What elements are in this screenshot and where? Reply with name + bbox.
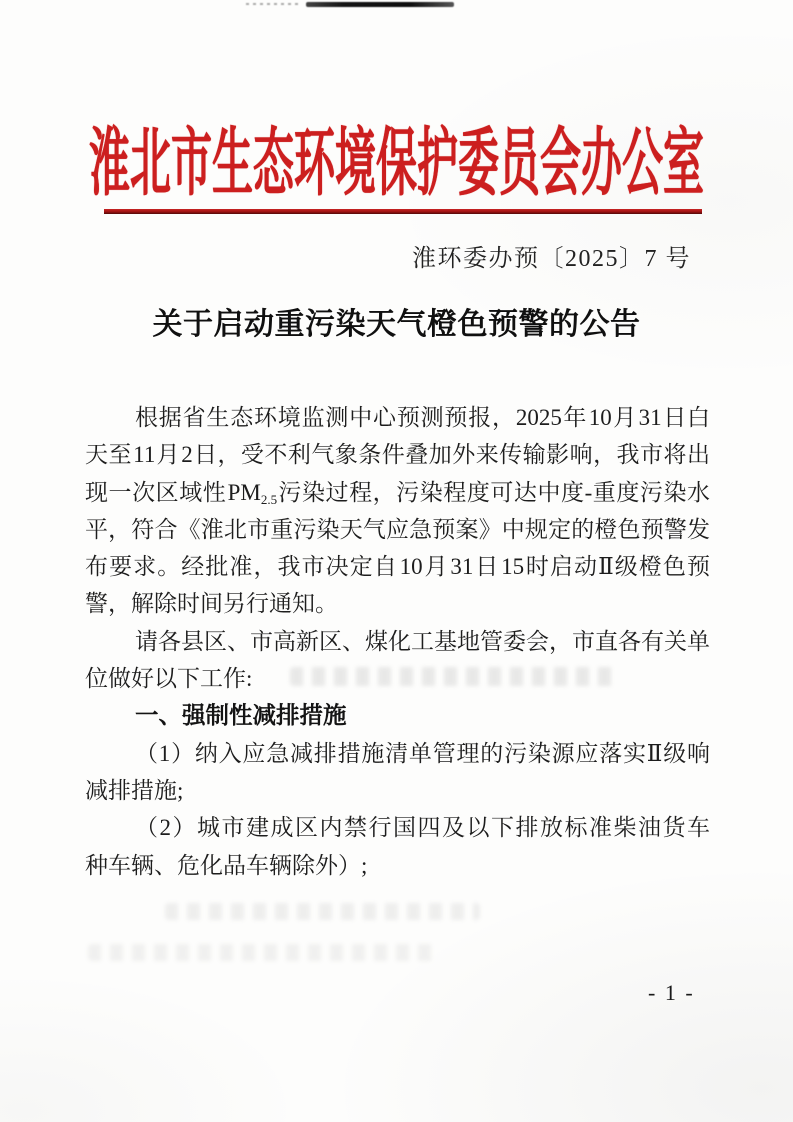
document-number: 淮环委办预〔2025〕7 号 (412, 238, 691, 273)
red-divider-line (104, 209, 702, 214)
body-line: 请各县区、市高新区、煤化工基地管委会，市直各有关单 (85, 623, 710, 660)
pm25-subscript: 2.5 (261, 492, 277, 507)
body-line: 布要求。经批准，我市决定自 10 月 31 日 15 时启动Ⅱ级橙色预 (85, 548, 710, 585)
scan-artifact-streak (306, 2, 454, 7)
body-line: 平，符合《淮北市重污染天气应急预案》中规定的橙色预警发 (85, 511, 710, 548)
document-letterhead: 淮北市生态环境保护委员会办公室 (0, 106, 793, 206)
page-number: - 1 - (648, 980, 695, 1006)
body-line: 减排措施; (85, 772, 710, 809)
document-body: 根据省生态环境监测中心预测预报，2025 年 10 月 31 日白 天至 11 … (85, 399, 710, 884)
pm25-text-after: 污染过程，污染程度可达中度-重度污染水 (277, 480, 710, 505)
body-line: （1）纳入应急减排措施清单管理的污染源应落实Ⅱ级响应 (85, 735, 710, 772)
document-title: 关于启动重污染天气橙色预警的公告 (0, 299, 793, 343)
body-line: 种车辆、危化品车辆除外）; (85, 847, 710, 884)
body-line: 天至 11 月 2 日，受不利气象条件叠加外来传输影响，我市将出 (85, 436, 710, 473)
issuing-agency-title: 淮北市生态环境保护委员会办公室 (89, 103, 704, 209)
body-line: 根据省生态环境监测中心预测预报，2025 年 10 月 31 日白 (85, 399, 710, 436)
body-line: 警，解除时间另行通知。 (85, 585, 710, 622)
section-heading-mandatory-measures: 一、强制性减排措施 (85, 697, 710, 734)
scanned-document-page: 淮北市生态环境保护委员会办公室 淮环委办预〔2025〕7 号 关于启动重污染天气… (0, 0, 793, 1122)
bleedthrough-smudge (88, 944, 438, 961)
pm25-text-before: 现一次区域性 PM (85, 480, 261, 505)
bleedthrough-smudge (165, 903, 480, 920)
body-line-pm25: 现一次区域性 PM2.5 污染过程，污染程度可达中度-重度污染水 (85, 474, 710, 511)
body-line: （2）城市建成区内禁行国四及以下排放标准柴油货车（特 (85, 809, 710, 846)
bleedthrough-smudge (290, 667, 620, 686)
